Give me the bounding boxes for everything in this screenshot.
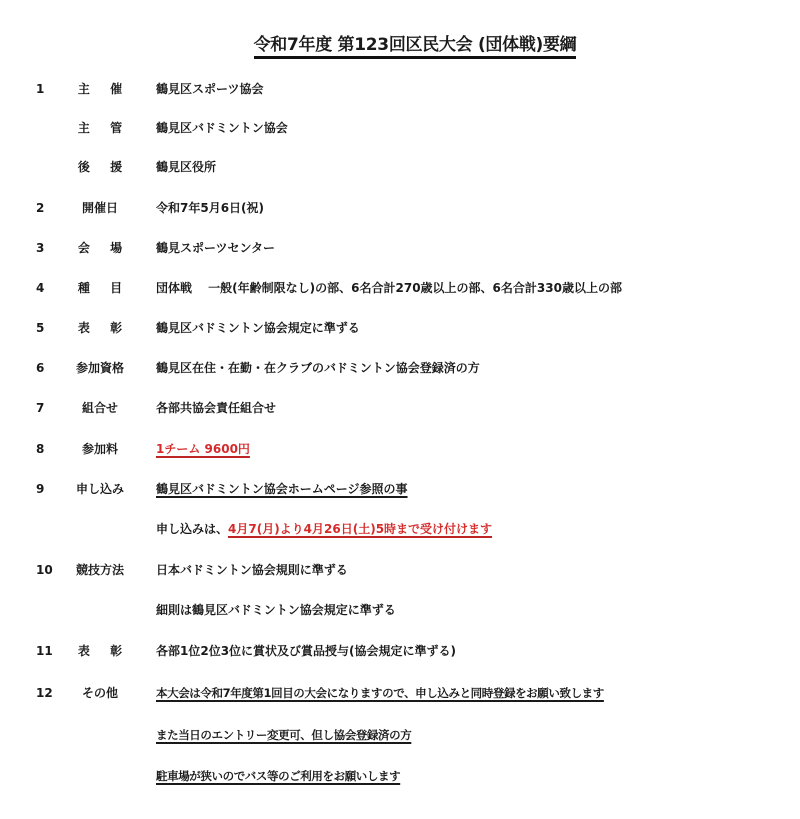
item-value: 団体戦 一般(年齢制限なし)の部、6名合計270歳以上の部、6名合計330歳以上…	[156, 278, 622, 298]
item-label: 種 目	[68, 278, 132, 298]
item-label: 後 援	[68, 157, 132, 177]
item-value: また当日のエントリー変更可、但し協会登録済の方	[156, 725, 411, 745]
item-number: 7	[36, 398, 56, 418]
item-number: 11	[36, 641, 56, 661]
item-label: 表 彰	[68, 641, 132, 661]
item-number: 10	[36, 560, 56, 580]
item-value: 鶴見スポーツセンター	[156, 238, 275, 258]
item-value: 令和7年5月6日(祝)	[156, 198, 264, 218]
item-number: 5	[36, 318, 56, 338]
item-value: 鶴見区スポーツ協会	[156, 79, 264, 99]
item-label: 参加資格	[68, 358, 132, 378]
item-label: その他	[68, 683, 132, 703]
item-value: 細則は鶴見区バドミントン協会規定に準ずる	[156, 600, 396, 620]
item-label: 会 場	[68, 238, 132, 258]
item-value: 鶴見区役所	[156, 157, 216, 177]
item-label: 主 催	[68, 79, 132, 99]
item-number: 2	[36, 198, 56, 218]
item-label: 参加料	[68, 439, 132, 459]
title-text: 令和7年度 第123回区民大会 (団体戦)要綱	[254, 35, 577, 59]
item-value: 日本バドミントン協会規則に準ずる	[156, 560, 348, 580]
item-number: 9	[36, 479, 56, 499]
item-value: 鶴見区バドミントン協会規定に準ずる	[156, 318, 360, 338]
item-value: 駐車場が狭いのでバス等のご利用をお願いします	[156, 766, 400, 786]
item-label: 組合せ	[68, 398, 132, 418]
application-period-dates: 4月7(月)より4月26日(土)5時まで受け付けます	[228, 522, 492, 536]
item-value: 鶴見区バドミントン協会	[156, 118, 288, 138]
item-label: 競技方法	[68, 560, 132, 580]
item-number: 3	[36, 238, 56, 258]
item-value: 鶴見区在住・在勤・在クラブのバドミントン協会登録済の方	[156, 358, 480, 378]
item-label: 主 管	[68, 118, 132, 138]
item-label: 開催日	[68, 198, 132, 218]
entry-fee-value: 1チーム 9600円	[156, 439, 250, 459]
item-number: 1	[36, 79, 56, 99]
application-info-link[interactable]: 鶴見区バドミントン協会ホームページ参照の事	[156, 479, 408, 499]
item-value: 各部1位2位3位に賞状及び賞品授与(協会規定に準ずる)	[156, 641, 456, 661]
item-number: 6	[36, 358, 56, 378]
application-period: 申し込みは、4月7(月)より4月26日(土)5時まで受け付けます	[156, 519, 492, 539]
item-number: 4	[36, 278, 56, 298]
item-number: 8	[36, 439, 56, 459]
item-value: 各部共協会責任組合せ	[156, 398, 276, 418]
application-period-prefix: 申し込みは、	[156, 522, 228, 536]
item-value: 本大会は令和7年度第1回目の大会になりますので、申し込みと同時登録をお願い致しま…	[156, 683, 604, 703]
item-label: 申し込み	[68, 479, 132, 499]
item-label: 表 彰	[68, 318, 132, 338]
item-number: 12	[36, 683, 56, 703]
document-title: 令和7年度 第123回区民大会 (団体戦)要綱	[0, 30, 800, 55]
